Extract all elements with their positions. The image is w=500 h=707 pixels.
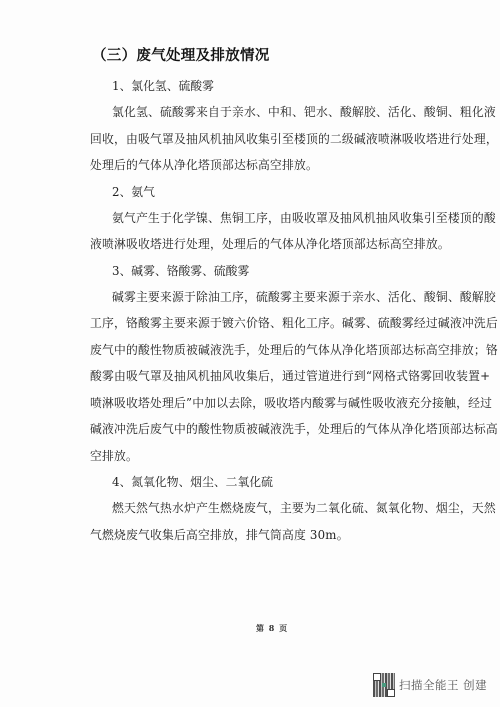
paragraph-line: 酸雾由吸气罩及抽风机抽风收集后，通过管道进行到“网格式铬雾回收装置+ — [90, 363, 420, 390]
paragraph-line: 液喷淋吸收塔进行处理，处理后的气体从净化塔顶部达标高空排放。 — [90, 231, 420, 258]
subheading-3: 3、碱雾、铬酸雾、硫酸雾 — [90, 258, 420, 284]
paragraph-4: 燃天然气热水炉产生燃烧废气，主要为二氧化硫、氮氧化物、烟尘，天然 气燃烧废气收集… — [90, 495, 420, 548]
paragraph-2: 氨气产生于化学镍、焦铜工序，由吸收罩及抽风机抽风收集引至楼顶的酸 液喷淋吸收塔进… — [90, 205, 420, 258]
subheading-2: 2、氨气 — [90, 179, 420, 205]
watermark-text: 扫描全能王 创建 — [399, 677, 487, 693]
subheading-4: 4、氮氧化物、烟尘、二氧化硫 — [90, 469, 420, 495]
paragraph-line: 碱雾主要来源于除油工序，硫酸雾主要来源于亲水、活化、酸铜、酸解胶 — [90, 284, 420, 311]
paragraph-line: 燃天然气热水炉产生燃烧废气，主要为二氧化硫、氮氧化物、烟尘，天然 — [90, 495, 420, 522]
scanner-watermark: 扫描全能王 创建 — [373, 672, 487, 698]
paragraph-3: 碱雾主要来源于除油工序，硫酸雾主要来源于亲水、活化、酸铜、酸解胶 工序，铬酸雾主… — [90, 284, 420, 470]
qr-code-icon — [373, 673, 395, 697]
paragraph-line: 空排放。 — [90, 443, 420, 470]
document-content: （三）废气处理及排放情况 1、氯化氢、硫酸雾 氯化氢、硫酸雾来自于亲水、中和、钯… — [90, 46, 420, 548]
paragraph-line: 工序，铬酸雾主要来源于镀六价铬、粗化工序。碱雾、硫酸雾经过碱液冲洗后 — [90, 310, 420, 337]
paragraph-line: 氯化氢、硫酸雾来自于亲水、中和、钯水、酸解胶、活化、酸铜、粗化液 — [90, 99, 420, 126]
subheading-1: 1、氯化氢、硫酸雾 — [90, 73, 420, 99]
paragraph-line: 回收，由吸气罩及抽风机抽风收集引至楼顶的二级碱液喷淋吸收塔进行处理， — [90, 126, 420, 153]
qr-logo-dot — [382, 683, 386, 687]
page-number: 第 8 页 — [256, 623, 288, 634]
section-title: （三）废气处理及排放情况 — [92, 46, 420, 66]
paragraph-line: 处理后的气体从净化塔顶部达标高空排放。 — [90, 152, 420, 179]
document-page: （三）废气处理及排放情况 1、氯化氢、硫酸雾 氯化氢、硫酸雾来自于亲水、中和、钯… — [0, 0, 500, 707]
paragraph-line: 碱液冲洗后废气中的酸性物质被碱液洗手，处理后的气体从净化塔顶部达标高 — [90, 416, 420, 443]
paragraph-line: 氨气产生于化学镍、焦铜工序，由吸收罩及抽风机抽风收集引至楼顶的酸 — [90, 205, 420, 232]
paragraph-line: 废气中的酸性物质被碱液洗手，处理后的气体从净化塔顶部达标高空排放；铬 — [90, 337, 420, 364]
paragraph-line: 喷淋吸收塔处理后”中加以去除，吸收塔内酸雾与碱性吸收液充分接触，经过 — [90, 390, 420, 417]
paragraph-1: 氯化氢、硫酸雾来自于亲水、中和、钯水、酸解胶、活化、酸铜、粗化液 回收，由吸气罩… — [90, 99, 420, 179]
paragraph-line: 气燃烧废气收集后高空排放，排气筒高度 30m。 — [90, 522, 420, 549]
